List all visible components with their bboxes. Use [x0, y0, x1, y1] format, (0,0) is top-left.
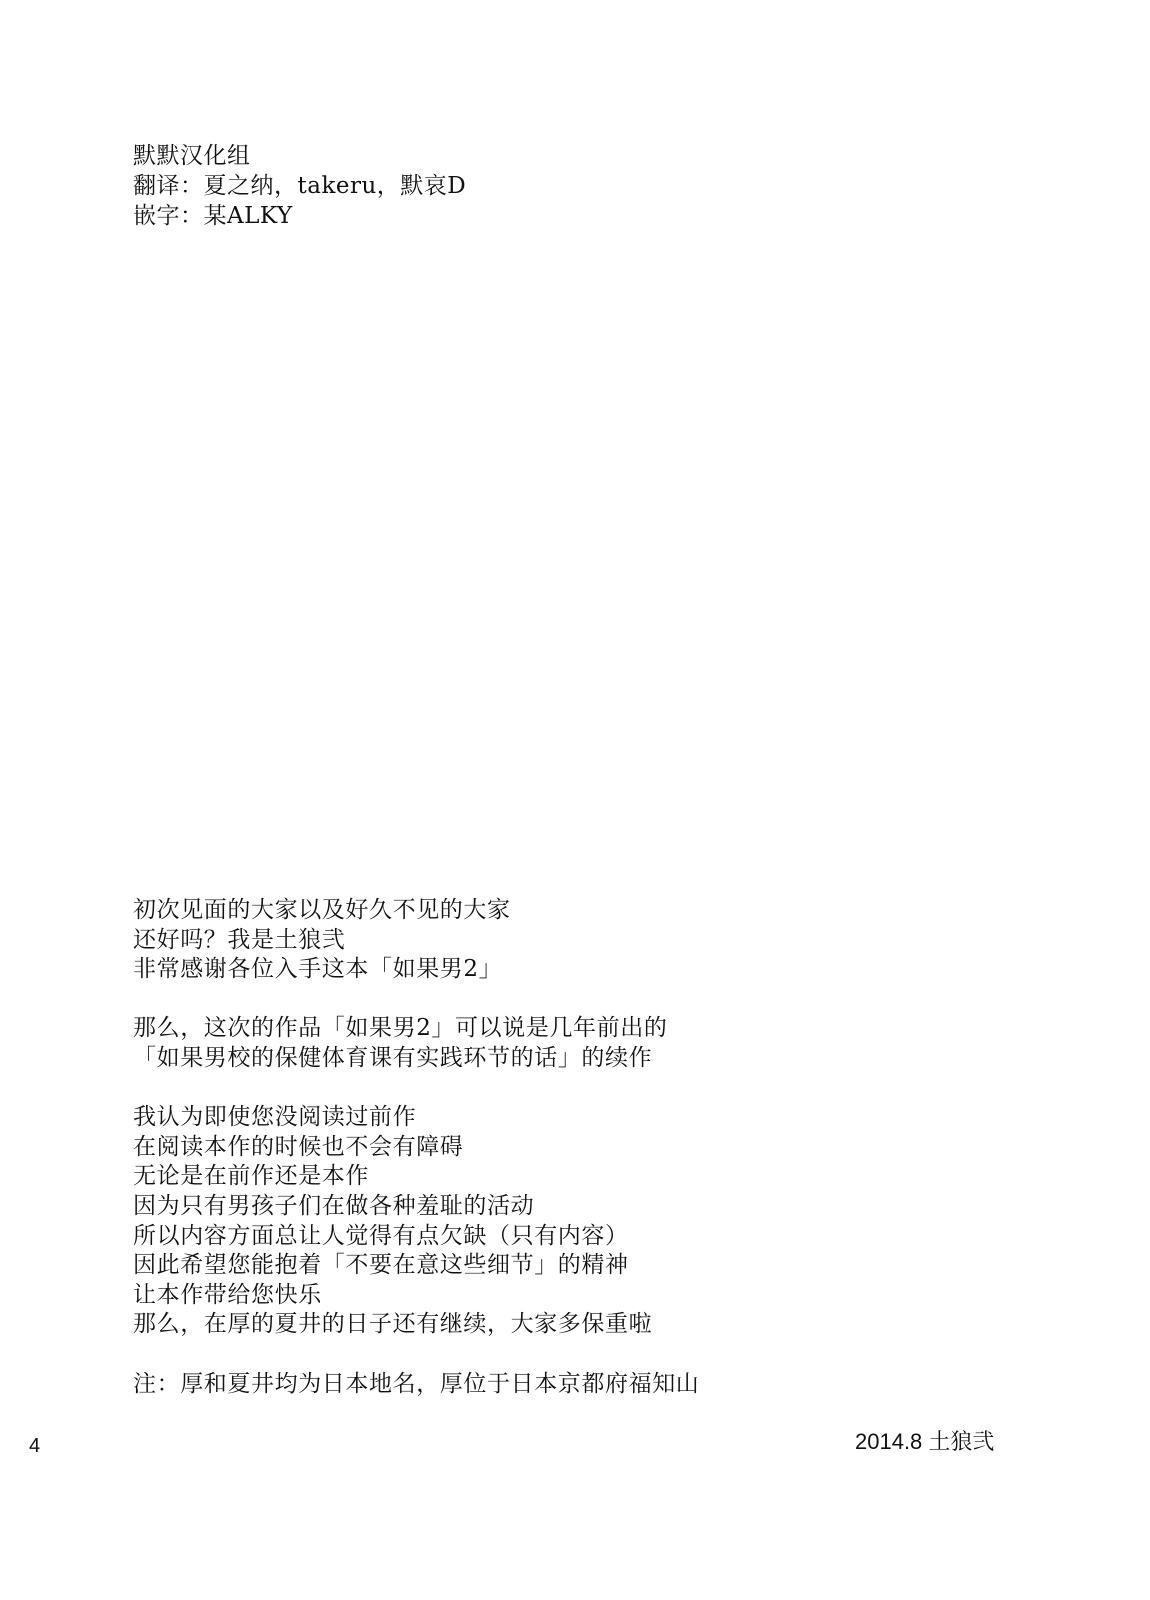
afterword-line: 因为只有男孩子们在做各种羞耻的活动 — [133, 1192, 699, 1222]
scanlation-group-name: 默默汉化组 — [133, 141, 466, 171]
afterword-line: 那么，这次的作品「如果男2」可以说是几年前出的 — [133, 1014, 699, 1044]
translator-note: 注：厚和夏井均为日本地名，厚位于日本京都府福知山 — [133, 1370, 699, 1400]
afterword-line: 所以内容方面总让人觉得有点欠缺（只有内容） — [133, 1222, 699, 1252]
author-afterword: 初次见面的大家以及好久不见的大家 还好吗？我是土狼弐 非常感谢各位入手这本「如果… — [133, 896, 699, 1399]
afterword-line: 非常感谢各位入手这本「如果男2」 — [133, 955, 699, 985]
afterword-line: 在阅读本作的时候也不会有障碍 — [133, 1133, 699, 1163]
paragraph-gap — [133, 985, 699, 1015]
afterword-line: 我认为即使您没阅读过前作 — [133, 1103, 699, 1133]
afterword-line: 还好吗？我是土狼弐 — [133, 926, 699, 956]
translator-credit: 翻译：夏之纳，takeru，默哀D — [133, 171, 466, 201]
translation-credits: 默默汉化组 翻译：夏之纳，takeru，默哀D 嵌字：某ALKY — [133, 141, 466, 231]
paragraph-gap — [133, 1340, 699, 1370]
afterword-line: 那么，在厚的夏井的日子还有继续，大家多保重啦 — [133, 1310, 699, 1340]
afterword-line: 无论是在前作还是本作 — [133, 1162, 699, 1192]
afterword-line: 初次见面的大家以及好久不见的大家 — [133, 896, 699, 926]
afterword-line: 「如果男校的保健体育课有实践环节的话」的续作 — [133, 1044, 699, 1074]
typesetter-credit: 嵌字：某ALKY — [133, 201, 466, 231]
page-number: 4 — [29, 1434, 40, 1458]
paragraph-gap — [133, 1074, 699, 1104]
author-signature-date: 2014.8 土狼弐 — [855, 1428, 994, 1456]
afterword-line: 因此希望您能抱着「不要在意这些细节」的精神 — [133, 1251, 699, 1281]
afterword-line: 让本作带给您快乐 — [133, 1281, 699, 1311]
